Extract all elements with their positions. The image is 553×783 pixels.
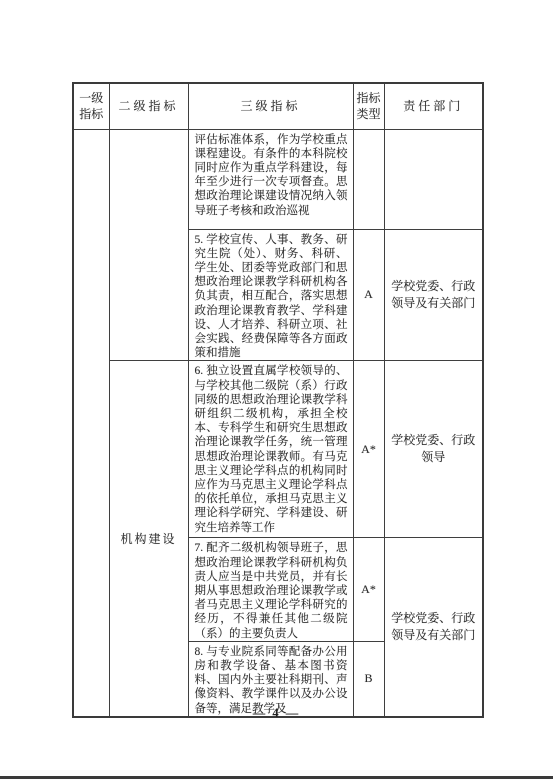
header-responsible-dept: 责任部门 [384, 83, 483, 129]
cell-indicator-type-3: A* [353, 361, 384, 538]
cell-third-indicator-3: 6. 独立设置直属学校领导的、与学校其他二级院（系）行政同级的思想政治理论课教学… [188, 361, 353, 538]
table-row: 评估标准体系，作为学校重点课程建设。有条件的本科院校同时应作为重点学科建设，每年… [73, 129, 483, 229]
header-level1-indicator: 一级指标 [73, 83, 109, 129]
cell-third-indicator-1: 评估标准体系，作为学校重点课程建设。有条件的本科院校同时应作为重点学科建设，每年… [188, 129, 353, 229]
header-indicator-type: 指标类型 [353, 83, 384, 129]
scanned-document-page: 一级指标 二级指标 三级指标 指标类型 责任部门 评估标准体系，作为学校重点课程… [0, 0, 553, 783]
cell-level2-group2: 机构建设 [109, 361, 188, 717]
header-level3-indicator: 三级指标 [188, 83, 353, 129]
cell-responsible-dept-1 [384, 129, 483, 229]
page-number: — 4 — [0, 706, 553, 721]
header-level2-indicator: 二级指标 [109, 83, 188, 129]
cell-indicator-type-4: A* [353, 538, 384, 641]
cell-indicator-type-2: A [353, 229, 384, 361]
cell-responsible-dept-3: 学校党委、行政领导 [384, 361, 483, 538]
table-header-row: 一级指标 二级指标 三级指标 指标类型 责任部门 [73, 83, 483, 129]
cell-indicator-type-1 [353, 129, 384, 229]
cell-level1-indicator [73, 129, 109, 717]
cell-responsible-dept-2: 学校党委、行政领导及有关部门 [384, 229, 483, 361]
table-row: 机构建设 6. 独立设置直属学校领导的、与学校其他二级院（系）行政同级的思想政治… [73, 361, 483, 538]
scan-edge-line [0, 776, 553, 779]
cell-responsible-dept-4-5: 学校党委、行政领导及有关部门 [384, 538, 483, 717]
cell-third-indicator-4: 7. 配齐二级机构领导班子，思想政治理论课教学科研机构负责人应当是中共党员，并有… [188, 538, 353, 641]
indicator-table: 一级指标 二级指标 三级指标 指标类型 责任部门 评估标准体系，作为学校重点课程… [72, 82, 484, 718]
cell-third-indicator-2: 5. 学校宣传、人事、教务、研究生院（处）、财务、科研、学生处、团委等党政部门和… [188, 229, 353, 361]
cell-level2-group1 [109, 129, 188, 361]
